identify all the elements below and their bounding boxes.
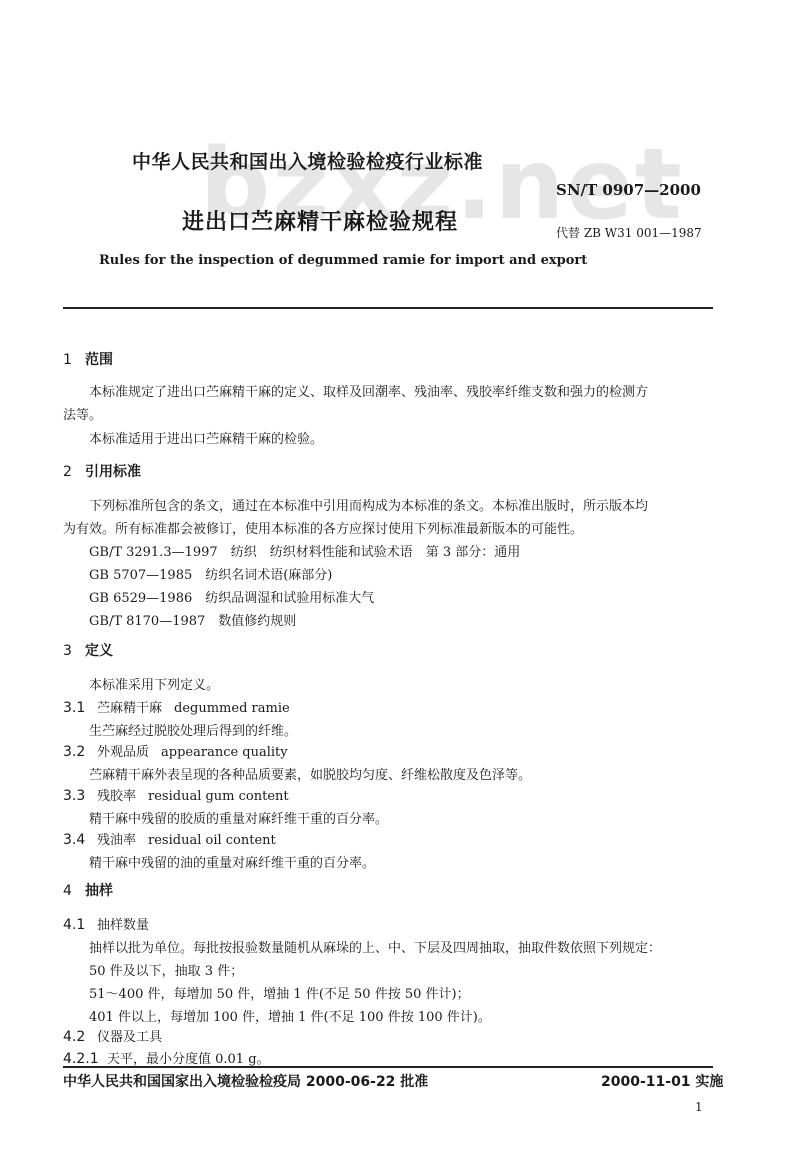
section-1-para-1: 本标准规定了进出口苎麻精干麻的定义、取样及回潮率、残油率、残胶率纤维支数和强力的… bbox=[89, 381, 648, 400]
approval-statement: 中华人民共和国国家出入境检验检疫局 2000-06-22 批准 bbox=[63, 1071, 428, 1091]
section-1-heading: 1范围 bbox=[63, 349, 113, 369]
section-1-para-1-cont: 法等。 bbox=[63, 404, 102, 423]
definition-3-4-desc: 精干麻中残留的油的重量对麻纤维干重的百分率。 bbox=[89, 852, 375, 871]
sampling-rule: 401 件以上，每增加 100 件，增抽 1 件(不足 100 件按 100 件… bbox=[89, 1006, 491, 1025]
definition-3-1-desc: 生苎麻经过脱胶处理后得到的纤维。 bbox=[89, 720, 297, 739]
subsection-4-2-1: 4.2.1天平，最小分度值 0.01 g。 bbox=[63, 1048, 270, 1067]
definition-3-2: 3.2外观品质appearance quality bbox=[63, 741, 288, 760]
section-3-heading: 3定义 bbox=[63, 640, 113, 660]
subsection-4-2-heading: 4.2仪器及工具 bbox=[63, 1026, 162, 1045]
sampling-rule: 抽样以批为单位。每批按报验数量随机从麻垛的上、中、下层及四周抽取，抽取件数依照下… bbox=[89, 937, 661, 956]
issuing-organization: 中华人民共和国出入境检验检疫行业标准 bbox=[132, 147, 483, 174]
reference-item: GB 6529—1986 纺织品调湿和试验用标准大气 bbox=[89, 587, 374, 606]
document-title-english: Rules for the inspection of degummed ram… bbox=[99, 253, 587, 268]
reference-item: GB/T 3291.3—1997 纺织 纺织材料性能和试验术语 第 3 部分：通… bbox=[89, 541, 520, 560]
section-2-para-1: 下列标准所包含的条文，通过在本标准中引用而构成为本标准的条文。本标准出版时，所示… bbox=[89, 495, 648, 514]
section-2-para-1-cont: 为有效。所有标准都会被修订，使用本标准的各方应探讨使用下列标准最新版本的可能性。 bbox=[63, 518, 583, 537]
header-divider bbox=[63, 307, 713, 309]
section-4-heading: 4抽样 bbox=[63, 880, 113, 900]
reference-item: GB/T 8170—1987 数值修约规则 bbox=[89, 610, 296, 629]
definition-3-4: 3.4残油率residual oil content bbox=[63, 829, 276, 848]
section-3-intro: 本标准采用下列定义。 bbox=[89, 674, 219, 693]
sampling-rule: 50 件及以下，抽取 3 件； bbox=[89, 960, 243, 979]
definition-3-2-desc: 苎麻精干麻外表呈现的各种品质要素，如脱胶均匀度、纤维松散度及色泽等。 bbox=[89, 764, 531, 783]
section-1-para-2: 本标准适用于进出口苎麻精干麻的检验。 bbox=[89, 428, 323, 447]
definition-3-3-desc: 精干麻中残留的胶质的重量对麻纤维干重的百分率。 bbox=[89, 808, 388, 827]
footer-divider bbox=[63, 1066, 713, 1068]
reference-item: GB 5707—1985 纺织名词术语(麻部分) bbox=[89, 564, 332, 583]
subsection-4-1-heading: 4.1抽样数量 bbox=[63, 914, 149, 933]
sampling-rule: 51～400 件，每增加 50 件，增抽 1 件(不足 50 件按 50 件计)… bbox=[89, 983, 470, 1002]
document-title: 进出口苎麻精干麻检验规程 bbox=[182, 205, 458, 236]
definition-3-1: 3.1苎麻精干麻degummed ramie bbox=[63, 697, 290, 716]
standard-code: SN/T 0907—2000 bbox=[556, 181, 701, 199]
replaces-standard: 代替 ZB W31 001—1987 bbox=[556, 224, 702, 241]
section-2-heading: 2引用标准 bbox=[63, 461, 141, 481]
definition-3-3: 3.3残胶率residual gum content bbox=[63, 785, 289, 804]
page-number: 1 bbox=[695, 1100, 703, 1114]
effective-date: 2000-11-01 实施 bbox=[601, 1071, 723, 1091]
